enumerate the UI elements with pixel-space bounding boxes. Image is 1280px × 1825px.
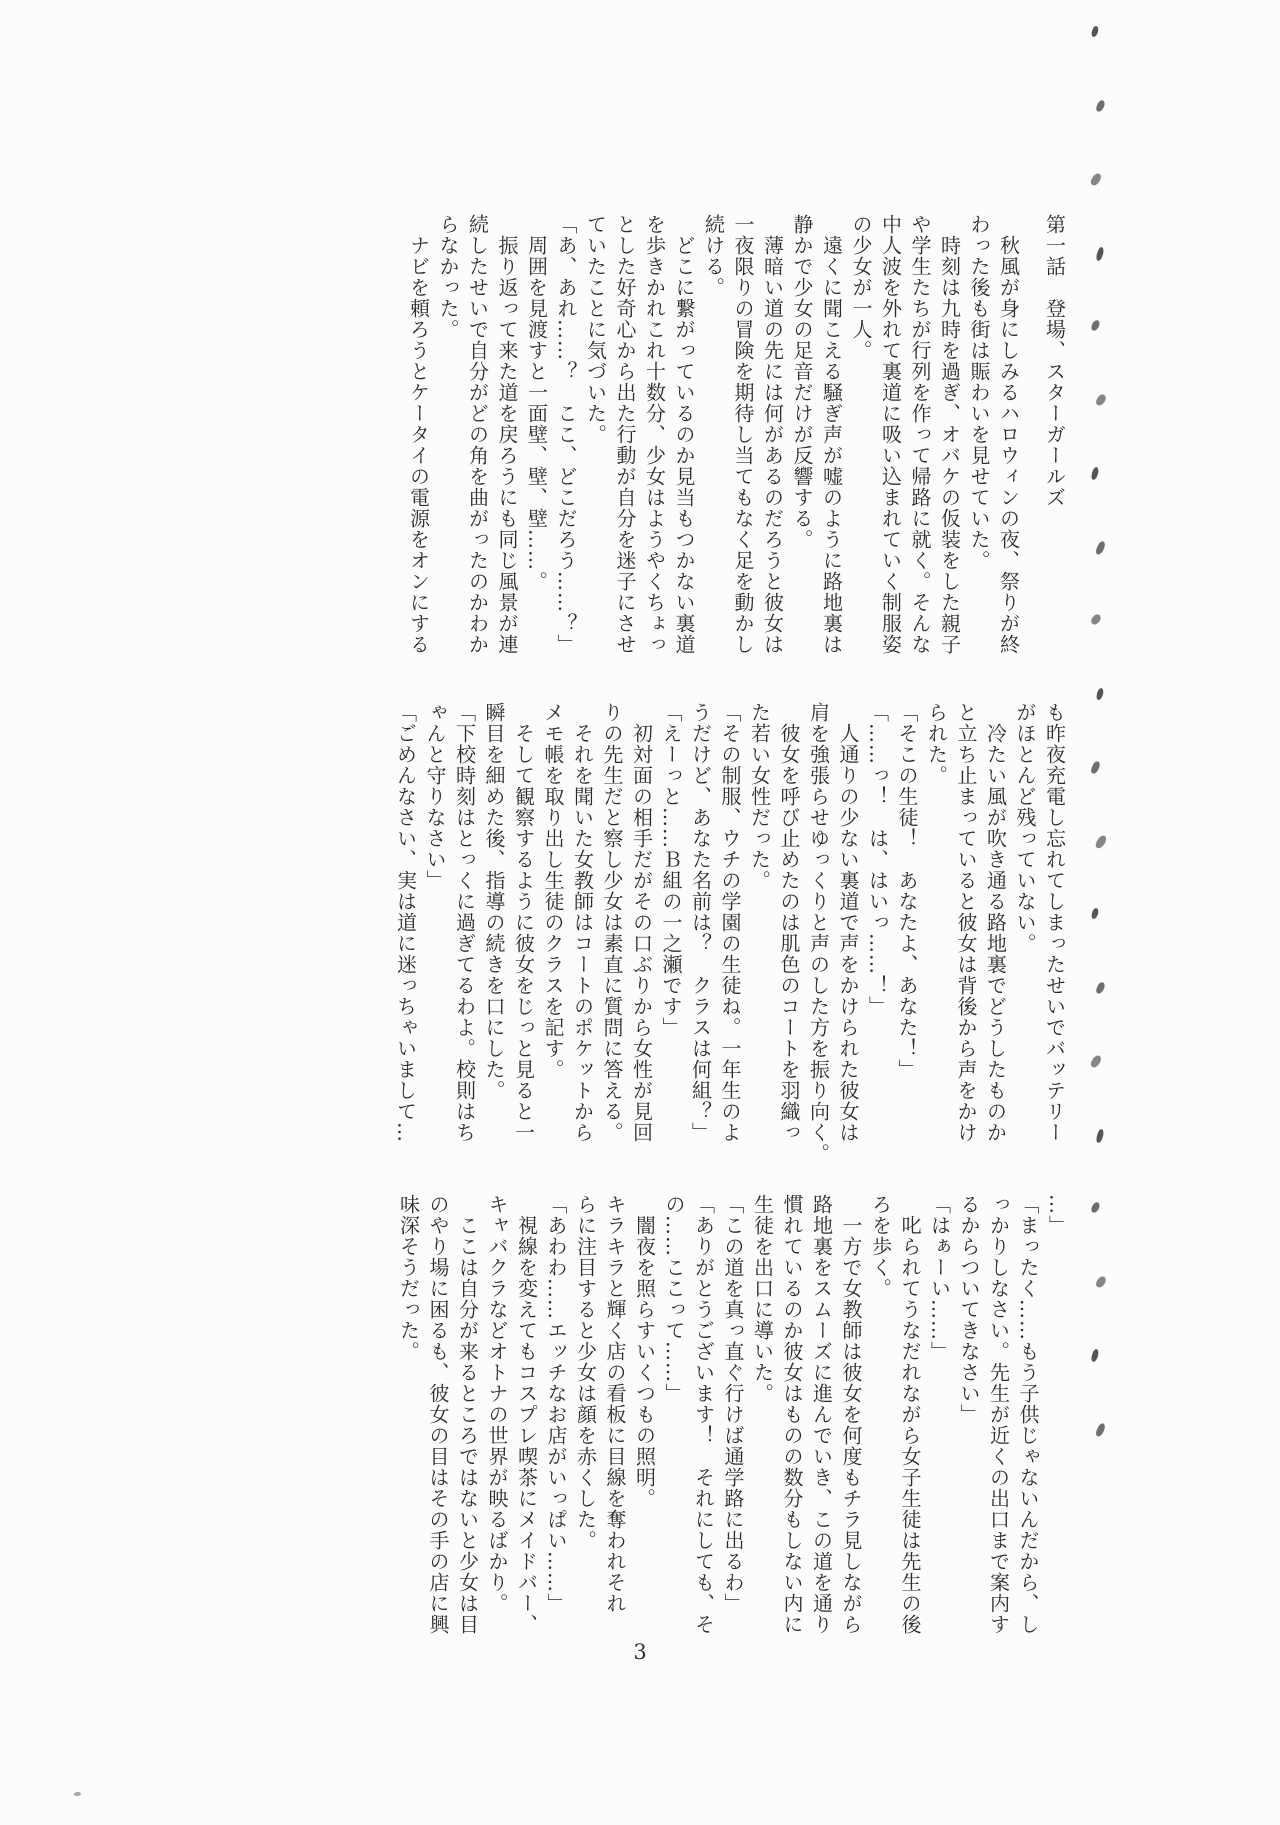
text-column: 「ごめんなさい、実は道に迷っちゃいまして… <box>396 702 416 1164</box>
text-column: 生徒を出口に導いた。 <box>753 1194 773 1635</box>
text-column: うだけど、あなた名前は？ クラスは何組？」 <box>691 702 711 1164</box>
scan-artifact <box>1089 172 1102 187</box>
text-column: …」 <box>1048 1194 1068 1635</box>
scanned-page: 第一話 登場、スターガールズ 秋風が身にしみるハロウィンの夜、祭りが終わった後も… <box>0 0 1280 1825</box>
text-column: ろを歩く。 <box>871 1194 891 1635</box>
text-column: 「はぁーい……」 <box>930 1194 950 1635</box>
text-column: りの先生だと察し少女は素直に質問に答える。 <box>602 702 622 1164</box>
text-column: や学生たちが行列を作って帰路に就く。そんな <box>910 214 930 655</box>
text-column: ここは自分が来るところではないと少女は目 <box>458 1194 478 1635</box>
text-column: 瞬目を細めた後、指導の続きを口にした。 <box>484 702 504 1164</box>
text-column: 中人波を外れて裏道に吸い込まれていく制服姿 <box>881 214 901 655</box>
text-column: それを聞いた女教師はコートのポケットから <box>573 702 593 1164</box>
scan-artifact <box>1091 907 1099 919</box>
text-column: 路地裏をスムーズに進んでいき、この道を通り <box>812 1194 832 1635</box>
text-column: 人通りの少ない裏道で声をかけられた彼女は <box>838 702 858 1164</box>
text-column: 「まったく……もう子供じゃないんだから、し <box>1018 1194 1038 1635</box>
scan-artifact <box>1096 687 1104 700</box>
text-column: 一方で女教師は彼女を何度もチラ見しながら <box>841 1194 861 1635</box>
text-column: 周囲を見渡すと一面壁、壁、壁……。 <box>527 214 547 655</box>
text-band-3: …」「まったく……もう子供じゃないんだから、しっかりしなさい。先生が近くの出口ま… <box>389 1194 1077 1635</box>
text-column: キャバクラなどオトナの世界が映るばかり。 <box>487 1194 507 1635</box>
text-column: のやり場に困るも、彼女の目はその手の店に興 <box>428 1194 448 1635</box>
scan-artifact <box>1090 319 1100 332</box>
text-column: ナビを頼ろうとケータイの電源をオンにする <box>409 214 429 655</box>
scan-artifact <box>1089 1054 1102 1069</box>
text-column: 秋風が身にしみるハロウィンの夜、祭りが終 <box>999 214 1019 655</box>
scan-artifact <box>1090 760 1101 775</box>
text-column: 時刻は九時を過ぎ、オバケの仮装をした親子 <box>940 214 960 655</box>
text-column: 薄暗い道の先には何があるのだろうと彼女は <box>763 214 783 655</box>
text-column: 闇夜を照らすいくつもの照明。 <box>635 1194 655 1635</box>
text-column: ていたことに気づいた。 <box>586 214 606 655</box>
scan-artifact <box>1091 1349 1100 1363</box>
scan-artifact <box>1091 25 1099 37</box>
text-column: 慣れているのか彼女はものの数分もしない内に <box>782 1194 802 1635</box>
text-column: も昨夜充電し忘れてしまったせいでバッテリー <box>1045 702 1065 1164</box>
chapter-title: 第一話 登場、スターガールズ <box>1045 214 1065 655</box>
text-column: の少女が一人。 <box>851 214 871 655</box>
scan-artifact <box>74 1792 81 1796</box>
text-column: 「その制服、ウチの学園の生徒ね。一年生のよ <box>720 702 740 1164</box>
text-column: を歩きかれこれ十数分、少女はようやくちょっ <box>645 214 665 655</box>
text-column: た若い女性だった。 <box>750 702 770 1164</box>
scan-artifact <box>1095 981 1106 995</box>
scan-artifact <box>1096 246 1105 261</box>
scan-artifact <box>1095 392 1108 406</box>
text-column: 「下校時刻はとっくに過ぎてるわよ。校則はち <box>455 702 475 1164</box>
text-column: とした好奇心から出た行動が自分を迷子にさせ <box>615 214 635 655</box>
text-column: らなかった。 <box>438 214 458 655</box>
text-column: ゃんと守りなさい」 <box>425 702 445 1164</box>
scan-artifact <box>1094 833 1108 849</box>
text-column: の……ここって……」 <box>664 1194 684 1635</box>
text-column: と立ち止まっていると彼女は背後から声をかけ <box>956 702 976 1164</box>
text-column: わった後も街は賑わいを見せていた。 <box>969 214 989 655</box>
text-column: 「……っ！ は、はいっ……！」 <box>868 702 888 1164</box>
text-column: っかりしなさい。先生が近くの出口まで案内す <box>989 1194 1009 1635</box>
text-column: メモ帳を取り出し生徒のクラスを記す。 <box>543 702 563 1164</box>
text-band-2: も昨夜充電し忘れてしまったせいでバッテリーがほとんど残っていない。 冷たい風が吹… <box>386 702 1074 1164</box>
text-column: 振り返って来た道を戻ろうにも同じ風景が連 <box>497 214 517 655</box>
scan-artifact <box>1095 1274 1108 1288</box>
text-column: 初対面の相手だがその口ぶりから女性が見回 <box>632 702 652 1164</box>
scan-artifact <box>1096 1128 1105 1143</box>
scan-artifact <box>1091 467 1100 481</box>
text-column: キラキラと輝く店の看板に目線を奪われそれ <box>605 1194 625 1635</box>
text-column: 続したせいで自分がどの角を曲がったのかわか <box>468 214 488 655</box>
text-column: 遠くに聞こえる騒ぎ声が嘘のように路地裏は <box>822 214 842 655</box>
text-column: どこに繋がっているのか見当もつかない裏道 <box>674 214 694 655</box>
text-column: 続ける。 <box>704 214 724 655</box>
text-column: 一夜限りの冒険を期待し当てもなく足を動かし <box>733 214 753 655</box>
scan-artifact <box>1090 613 1102 626</box>
text-column: 彼女を呼び止めたのは肌色のコートを羽織っ <box>779 702 799 1164</box>
scan-artifact <box>1090 1201 1100 1214</box>
text-column: るからついてきなさい」 <box>959 1194 979 1635</box>
text-column: 「あ、あれ……？ ここ、どこだろう……？」 <box>556 214 576 655</box>
scan-artifact <box>1095 99 1106 113</box>
text-column: 「えーっと……Ｂ組の一之瀬です」 <box>661 702 681 1164</box>
text-band-1: 第一話 登場、スターガールズ 秋風が身にしみるハロウィンの夜、祭りが終わった後も… <box>399 214 1074 655</box>
text-column: 肩を強張らせゆっくりと声のした方を振り向く。 <box>809 702 829 1164</box>
text-column: がほとんど残っていない。 <box>1015 702 1035 1164</box>
text-column: そして観察するように彼女をじっと見ると一 <box>514 702 534 1164</box>
text-column: 叱られてうなだれながら女子生徒は先生の後 <box>900 1194 920 1635</box>
scan-artifact <box>1095 1422 1106 1438</box>
text-column: 「あわわ……エッチなお店がいっぱい……」 <box>546 1194 566 1635</box>
text-column: 視線を変えてもコスプレ喫茶にメイドバー、 <box>517 1194 537 1635</box>
text-column: らに注目すると少女は顔を赤くした。 <box>576 1194 596 1635</box>
text-column: 「この道を真っ直ぐ行けば通学路に出るわ」 <box>723 1194 743 1635</box>
scan-artifact <box>1095 540 1106 556</box>
text-column: 静かで少女の足音だけが反響する。 <box>792 214 812 655</box>
text-column: 「そこの生徒！ あなたよ、あなた！」 <box>897 702 917 1164</box>
text-column: 「ありがとうございます！ それにしても、そ <box>694 1194 714 1635</box>
text-column: 味深そうだった。 <box>399 1194 419 1635</box>
page-number: 3 <box>0 1640 1280 1664</box>
text-column: られた。 <box>927 702 947 1164</box>
text-column: 冷たい風が吹き通る路地裏でどうしたものか <box>986 702 1006 1164</box>
